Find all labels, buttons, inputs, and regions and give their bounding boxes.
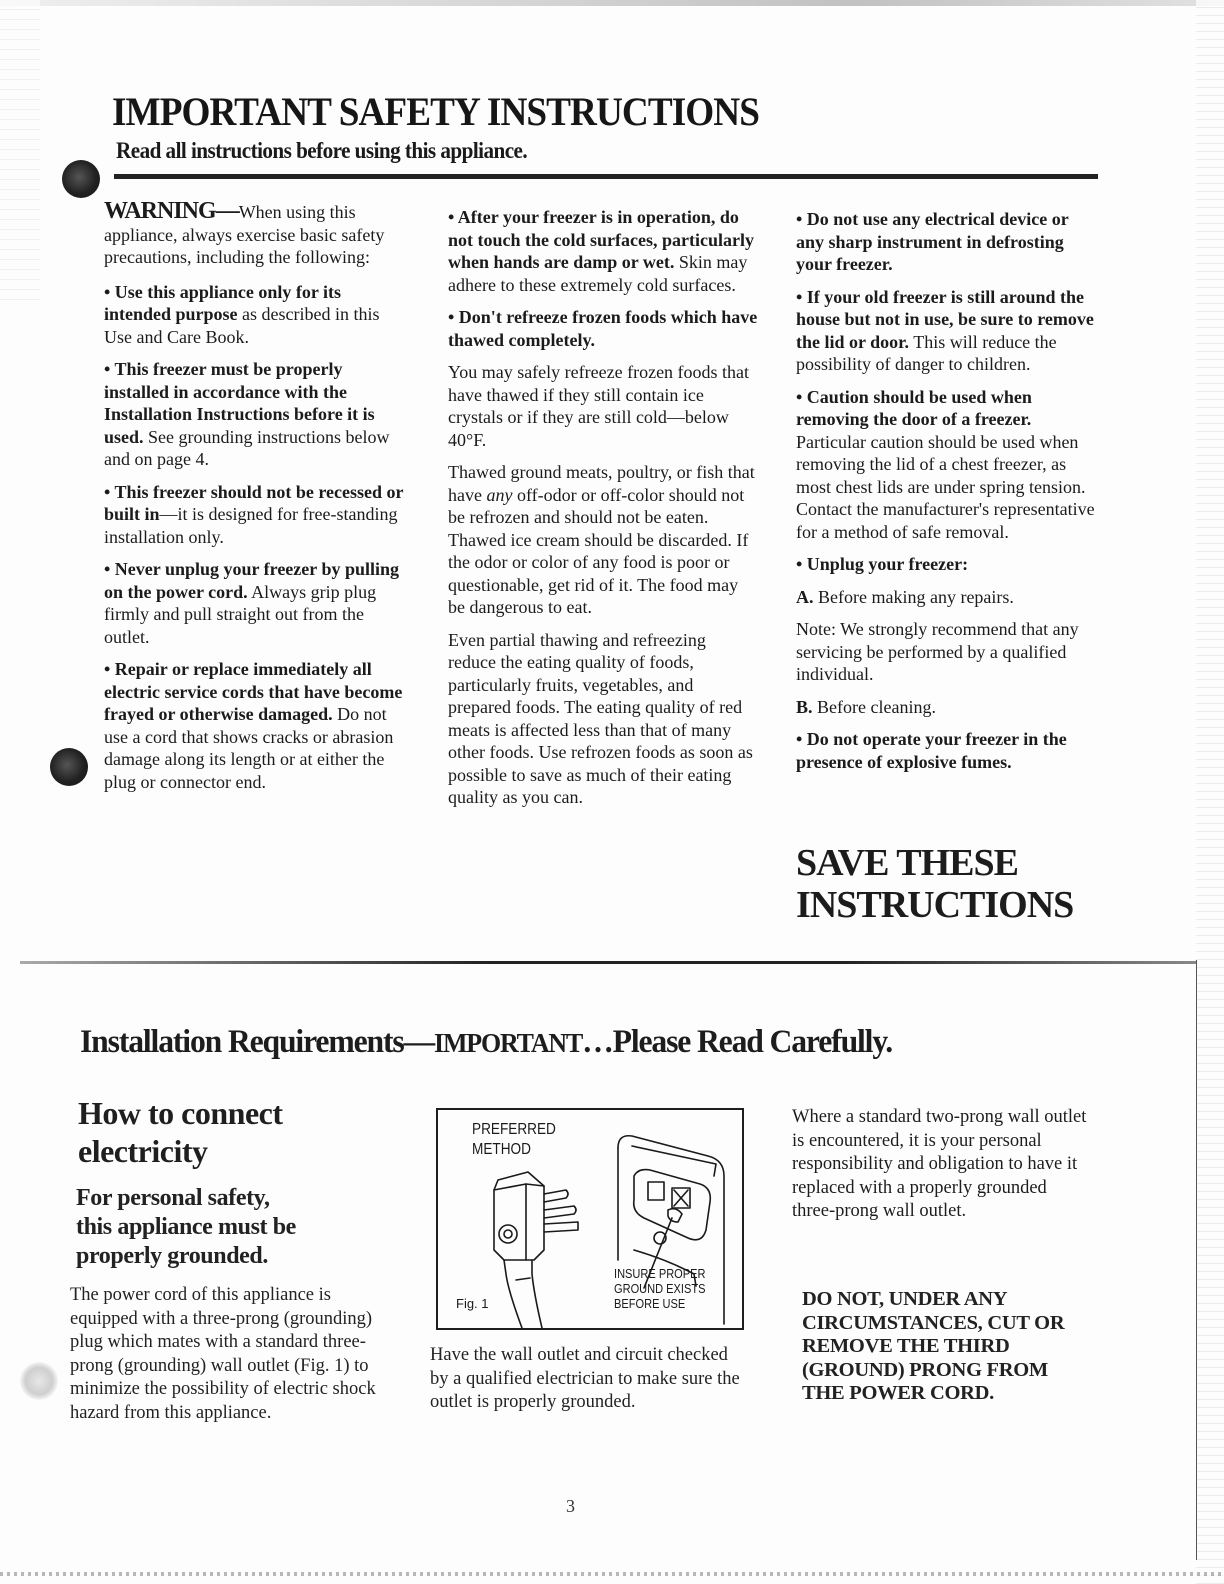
refreeze-paragraph: You may safely refreeze frozen foods tha… [448, 361, 758, 451]
binder-hole-bottom [20, 1362, 58, 1400]
safety-item: • Do not use any electrical device or an… [796, 208, 1096, 276]
warning-paragraph: WARNING—When using this appliance, alway… [104, 200, 404, 269]
safety-item: • Don't refreeze frozen foods which have… [448, 306, 758, 351]
page-right-border [1196, 960, 1197, 1560]
safety-item: • This freezer should not be recessed or… [104, 481, 404, 549]
page-title: IMPORTANT SAFETY INSTRUCTIONS [112, 88, 759, 135]
unplug-step-a: A. Before making any repairs. [796, 586, 1096, 609]
section-divider [20, 961, 1196, 964]
safety-column-1: WARNING—When using this appliance, alway… [104, 200, 404, 803]
safety-item: • This freezer must be properly installe… [104, 358, 404, 471]
page-number: 3 [566, 1496, 575, 1517]
binder-hole-middle [50, 748, 88, 786]
grounding-subheading: For personal safety, this appliance must… [76, 1184, 296, 1271]
how-to-connect-heading: How to connect electricity [78, 1094, 283, 1170]
unplug-step-b: B. Before cleaning. [796, 696, 1096, 719]
safety-item: • After your freezer is in operation, do… [448, 206, 758, 296]
scan-top-edge [0, 0, 1224, 6]
scan-left-edge [0, 0, 40, 300]
safety-column-3: • Do not use any electrical device or an… [796, 208, 1096, 783]
two-prong-outlet-paragraph: Where a standard two-prong wall outlet i… [792, 1106, 1092, 1224]
scan-right-edge [1196, 0, 1224, 1584]
ground-prong-warning: DO NOT, UNDER ANY CIRCUMSTANCES, CUT OR … [802, 1288, 1082, 1406]
insure-ground-label: INSURE PROPER GROUND EXISTS BEFORE USE [614, 1266, 705, 1311]
safety-item: • Caution should be used when removing t… [796, 386, 1096, 544]
electrician-check-paragraph: Have the wall outlet and circuit checked… [430, 1344, 740, 1415]
safety-item: • Unplug your freezer: [796, 553, 1096, 576]
safety-item: • Use this appliance only for its intend… [104, 281, 404, 349]
header-rule [114, 174, 1098, 179]
safety-item: • Repair or replace immediately all elec… [104, 658, 404, 793]
page-subtitle: Read all instructions before using this … [116, 138, 527, 164]
servicing-note: Note: We strongly recommend that any ser… [796, 618, 1096, 686]
installation-heading: Installation Requirements—IMPORTANT…Plea… [80, 1024, 892, 1061]
binder-hole-top [62, 160, 100, 198]
eating-quality-paragraph: Even partial thawing and refreezing redu… [448, 629, 758, 809]
safety-column-2: • After your freezer is in operation, do… [448, 206, 758, 819]
thawed-meats-paragraph: Thawed ground meats, poultry, or fish th… [448, 461, 758, 619]
power-cord-paragraph: The power cord of this appliance is equi… [70, 1284, 390, 1425]
safety-item: • If your old freezer is still around th… [796, 286, 1096, 376]
safety-item: • Never unplug your freezer by pulling o… [104, 558, 404, 648]
scan-bottom-edge [0, 1572, 1224, 1576]
preferred-method-label: PREFERRED METHOD [472, 1120, 556, 1160]
warning-label: WARNING [104, 198, 216, 224]
figure-1-grounded-plug: PREFERRED METHOD INSURE PROPER GROUND EX… [436, 1108, 744, 1330]
save-instructions-heading: SAVE THESE INSTRUCTIONS [796, 842, 1073, 926]
safety-item: • Do not operate your freezer in the pre… [796, 728, 1096, 773]
figure-caption: Fig. 1 [456, 1296, 489, 1311]
